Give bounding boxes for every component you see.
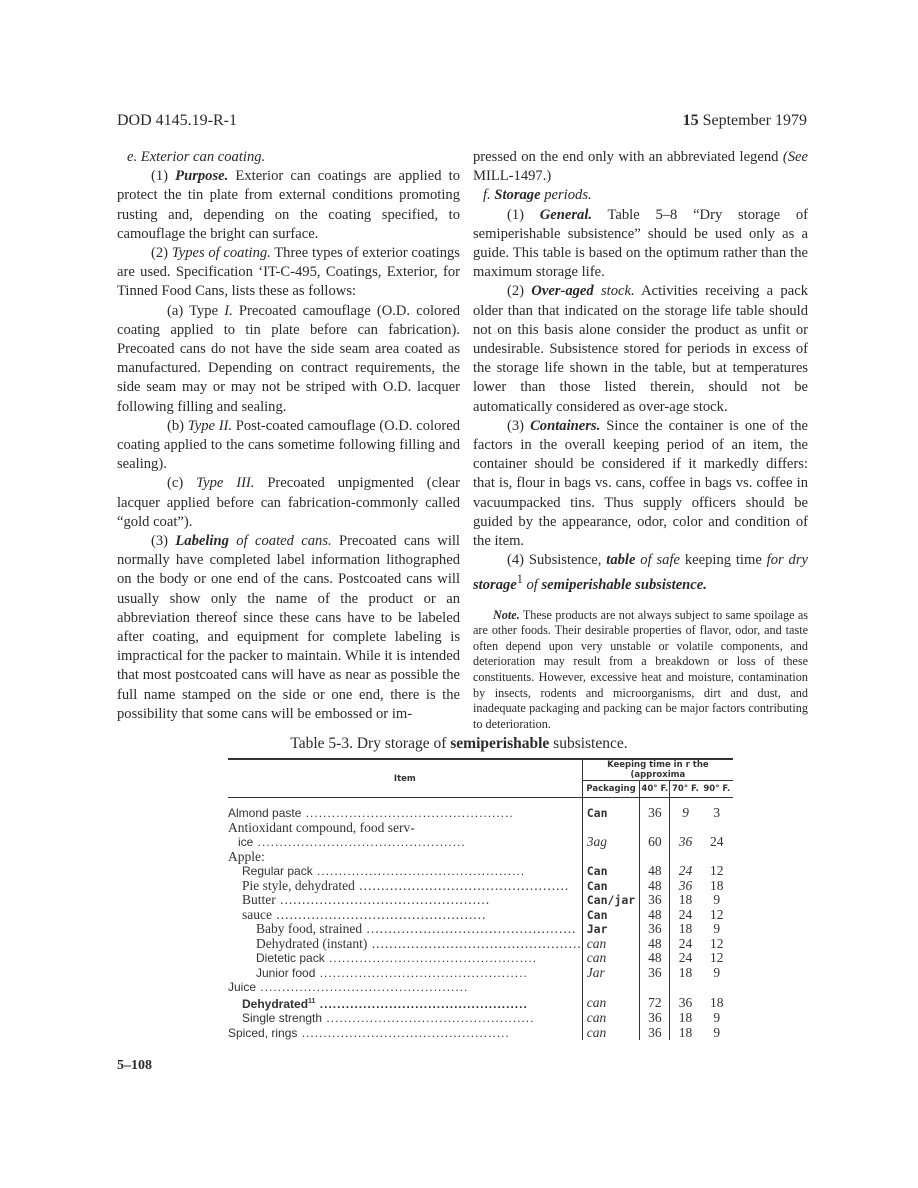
paragraph-labeling: (3) Labeling of coated cans. Precoated c…: [117, 532, 460, 724]
table-row: Almond paste Can 36 9 3: [228, 806, 733, 821]
paragraph-general: (1) General. Table 5–8 “Dry storage of s…: [473, 206, 808, 283]
page-number: 5–108: [117, 1058, 152, 1074]
note-paragraph: Note. These products are not always subj…: [473, 608, 808, 733]
storage-table: Item Keeping time in r the (approxima Pa…: [228, 758, 733, 1040]
column-header-70f: 70° F.: [670, 781, 701, 798]
table-row: Juice: [228, 980, 733, 995]
table-row: Apple:: [228, 850, 733, 865]
document-id: DOD 4145.19-R-1: [117, 112, 237, 130]
column-header-40f: 40° F.: [640, 781, 670, 798]
paragraph-type-i: (a) Type I. Precoated camouflage (O.D. c…: [117, 302, 460, 417]
table-row: Antioxidant compound, food serv-: [228, 821, 733, 836]
table-row: Dehydrated11 can 72 36 18: [228, 995, 733, 1012]
paragraph-containers: (3) Containers. Since the container is o…: [473, 417, 808, 551]
column-header-packaging: Packaging: [582, 781, 640, 798]
paragraph-type-iii: (c) Type III. Precoated unpigmented (cle…: [117, 474, 460, 532]
group-header-keeping-time: Keeping time in r the (approxima: [582, 759, 733, 781]
table-row: Dietetic pack can 48 24 12: [228, 951, 733, 966]
table-row: Regular pack Can 48 24 12: [228, 864, 733, 879]
paragraph-types-of-coating: (2) Types of coating. Three types of ext…: [117, 244, 460, 302]
left-column: e. Exterior can coating. (1) Purpose. Ex…: [117, 148, 460, 724]
right-column: pressed on the end only with an abbrevia…: [473, 148, 808, 732]
date-month-year: September 1979: [699, 112, 807, 129]
section-f-heading: f. Storage periods.: [473, 186, 808, 205]
paragraph-over-aged-stock: (2) Over-aged stock. Activities receivin…: [473, 282, 808, 416]
paragraph-type-ii: (b) Type II. Post-coated camouflage (O.D…: [117, 417, 460, 475]
table-row: sauce Can 48 24 12: [228, 908, 733, 923]
paragraph-subsistence: (4) Subsistence, table of safe keeping t…: [473, 551, 808, 595]
date-day: 15: [683, 112, 699, 129]
table-row: Single strength can 36 18 9: [228, 1011, 733, 1026]
column-header-item: Item: [228, 759, 582, 798]
document-date: 15 September 1979: [683, 112, 807, 130]
table-row: Dehydrated (instant) can 48 24 12: [228, 937, 733, 952]
table-row: Pie style, dehydrated Can 48 36 18: [228, 879, 733, 894]
column-header-90f: 90° F.: [701, 781, 733, 798]
section-e-heading: e. Exterior can coating.: [117, 148, 460, 167]
table-title: Table 5-3. Dry storage of semiperishable…: [0, 735, 918, 753]
table-row: Butter Can/jar 36 18 9: [228, 893, 733, 908]
table-row: Baby food, strained Jar 36 18 9: [228, 922, 733, 937]
table-row: Junior food Jar 36 18 9: [228, 966, 733, 981]
paragraph-purpose: (1) Purpose. Exterior can coatings are a…: [117, 167, 460, 244]
table-row: Spiced, rings can 36 18 9: [228, 1026, 733, 1041]
paragraph-continuation: pressed on the end only with an abbrevia…: [473, 148, 808, 186]
table-row-continuation: ice 3ag 60 36 24: [228, 835, 733, 850]
